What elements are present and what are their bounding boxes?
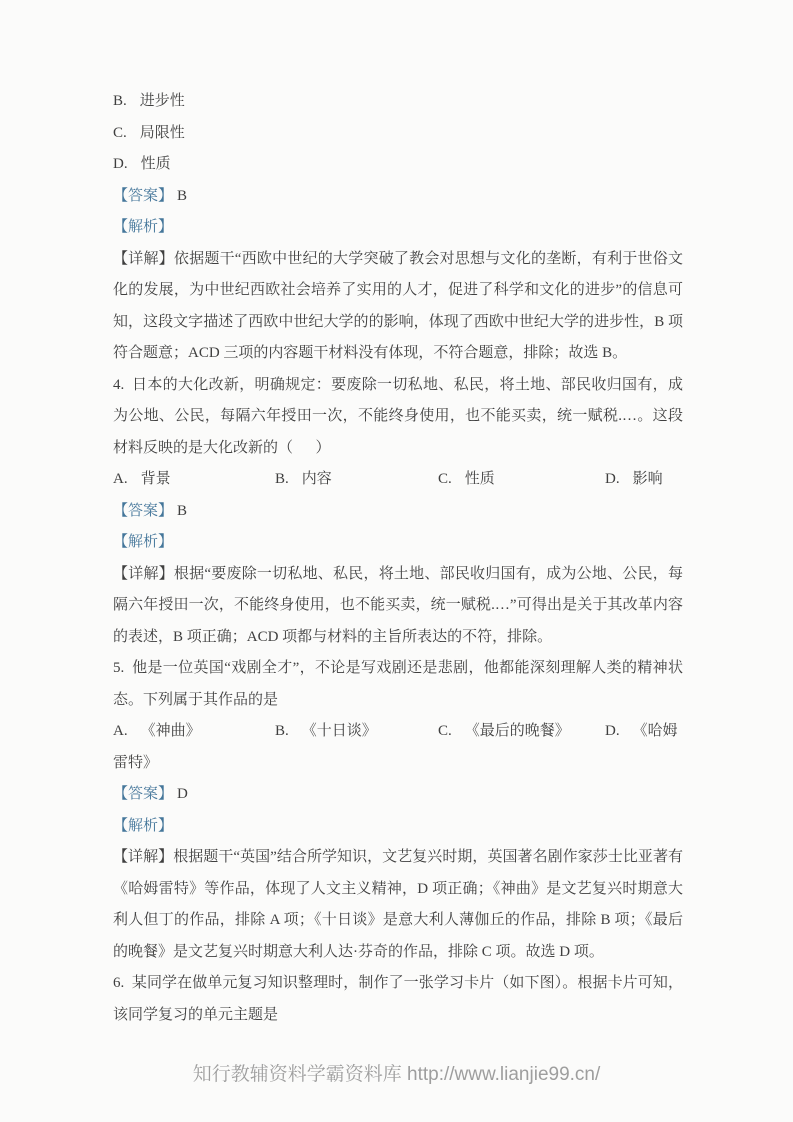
q3-option-b-key: B. [113, 93, 127, 109]
q4-analysis-label: 【解析】 [113, 534, 173, 550]
q5-analysis-line: 【解析】 [113, 811, 683, 843]
q5-option-a-text: 《神曲》 [141, 723, 201, 739]
q5-option-d-continuation: 雷特》 [113, 748, 683, 780]
q5-option-d-key: D. [605, 723, 620, 739]
q3-analysis-line: 【解析】 [113, 212, 683, 244]
q5-stem: 5. 他是一位英国“戏剧全才”，不论是写戏剧还是悲剧，他都能深刻理解人类的精神状… [113, 653, 683, 716]
q3-option-c: C.局限性 [113, 118, 683, 150]
q3-detail-paragraph: 【详解】依据题干“西欧中世纪的大学突破了教会对思想与文化的垄断，有利于世俗文化的… [113, 244, 683, 370]
q5-detail-text: 根据题干“英国”结合所学知识，文艺复兴时期，英国著名剧作家莎士比亚著有《哈姆雷特… [113, 849, 683, 960]
q3-option-d-text: 性质 [141, 156, 171, 172]
q4-option-c-key: C. [438, 471, 452, 487]
q4-option-d-key: D. [605, 471, 620, 487]
q5-analysis-label: 【解析】 [113, 818, 173, 834]
q5-answer-label: 【答案】 [113, 786, 173, 802]
q3-detail-text: 依据题干“西欧中世纪的大学突破了教会对思想与文化的垄断，有利于世俗文化的发展，为… [113, 251, 683, 362]
q5-option-d-text: 《哈姆 [633, 723, 678, 739]
q5-option-c: C.《最后的晚餐》 [438, 716, 605, 748]
q4-option-a-text: 背景 [141, 471, 171, 487]
q5-option-c-text: 《最后的晚餐》 [465, 723, 570, 739]
q3-option-b: B.进步性 [113, 86, 683, 118]
q4-option-b: B.内容 [275, 464, 438, 496]
q3-answer-label: 【答案】 [113, 188, 173, 204]
q5-option-a: A.《神曲》 [113, 716, 275, 748]
q3-option-b-text: 进步性 [140, 93, 185, 109]
q5-option-b-key: B. [275, 723, 289, 739]
q4-stem: 4. 日本的大化改新，明确规定：要废除一切私地、私民，将土地、部民收归国有，成为… [113, 370, 683, 465]
q5-option-c-key: C. [438, 723, 452, 739]
footer-text: 知行教辅资料学霸资料库 http://www.lianjie99.cn/ [193, 1064, 601, 1085]
q4-detail-label: 【详解】 [113, 566, 174, 582]
q3-option-c-text: 局限性 [140, 125, 185, 141]
q4-option-d-text: 影响 [633, 471, 663, 487]
q4-option-c-text: 性质 [465, 471, 495, 487]
q4-option-b-text: 内容 [302, 471, 332, 487]
q4-option-d: D.影响 [605, 464, 683, 496]
q3-option-c-key: C. [113, 125, 127, 141]
q5-option-b-text: 《十日谈》 [302, 723, 377, 739]
q5-detail-label: 【详解】 [113, 849, 173, 865]
q5-answer-value: D [177, 786, 188, 802]
q4-detail-text: 根据“要废除一切私地、私民，将土地、部民收归国有，成为公地、公民，每隔六年授田一… [113, 566, 683, 645]
q4-answer-line: 【答案】B [113, 496, 683, 528]
q5-options-row: A.《神曲》 B.《十日谈》 C.《最后的晚餐》 D.《哈姆 [113, 716, 683, 748]
q4-detail-paragraph: 【详解】根据“要废除一切私地、私民，将土地、部民收归国有，成为公地、公民，每隔六… [113, 559, 683, 654]
q6-stem: 6. 某同学在做单元复习知识整理时，制作了一张学习卡片（如下图）。根据卡片可知，… [113, 968, 683, 1031]
q3-answer-value: B [177, 188, 187, 204]
q4-option-a: A.背景 [113, 464, 275, 496]
q5-detail-paragraph: 【详解】根据题干“英国”结合所学知识，文艺复兴时期，英国著名剧作家莎士比亚著有《… [113, 842, 683, 968]
q5-answer-line: 【答案】D [113, 779, 683, 811]
q3-option-d-key: D. [113, 156, 128, 172]
q4-option-b-key: B. [275, 471, 289, 487]
q3-analysis-label: 【解析】 [113, 219, 173, 235]
q4-option-a-key: A. [113, 471, 128, 487]
exam-answer-page: B.进步性 C.局限性 D.性质 【答案】B 【解析】 【详解】依据题干“西欧中… [113, 86, 683, 1031]
site-footer: 知行教辅资料学霸资料库 http://www.lianjie99.cn/ [0, 1062, 793, 1088]
q3-option-d: D.性质 [113, 149, 683, 181]
q4-option-c: C.性质 [438, 464, 605, 496]
q4-analysis-line: 【解析】 [113, 527, 683, 559]
q4-answer-value: B [177, 503, 187, 519]
q3-detail-label: 【详解】 [113, 251, 174, 267]
q5-option-b: B.《十日谈》 [275, 716, 438, 748]
q4-options-row: A.背景 B.内容 C.性质 D.影响 [113, 464, 683, 496]
q4-answer-label: 【答案】 [113, 503, 173, 519]
q5-option-d: D.《哈姆 [605, 716, 683, 748]
q3-answer-line: 【答案】B [113, 181, 683, 213]
q5-option-a-key: A. [113, 723, 128, 739]
